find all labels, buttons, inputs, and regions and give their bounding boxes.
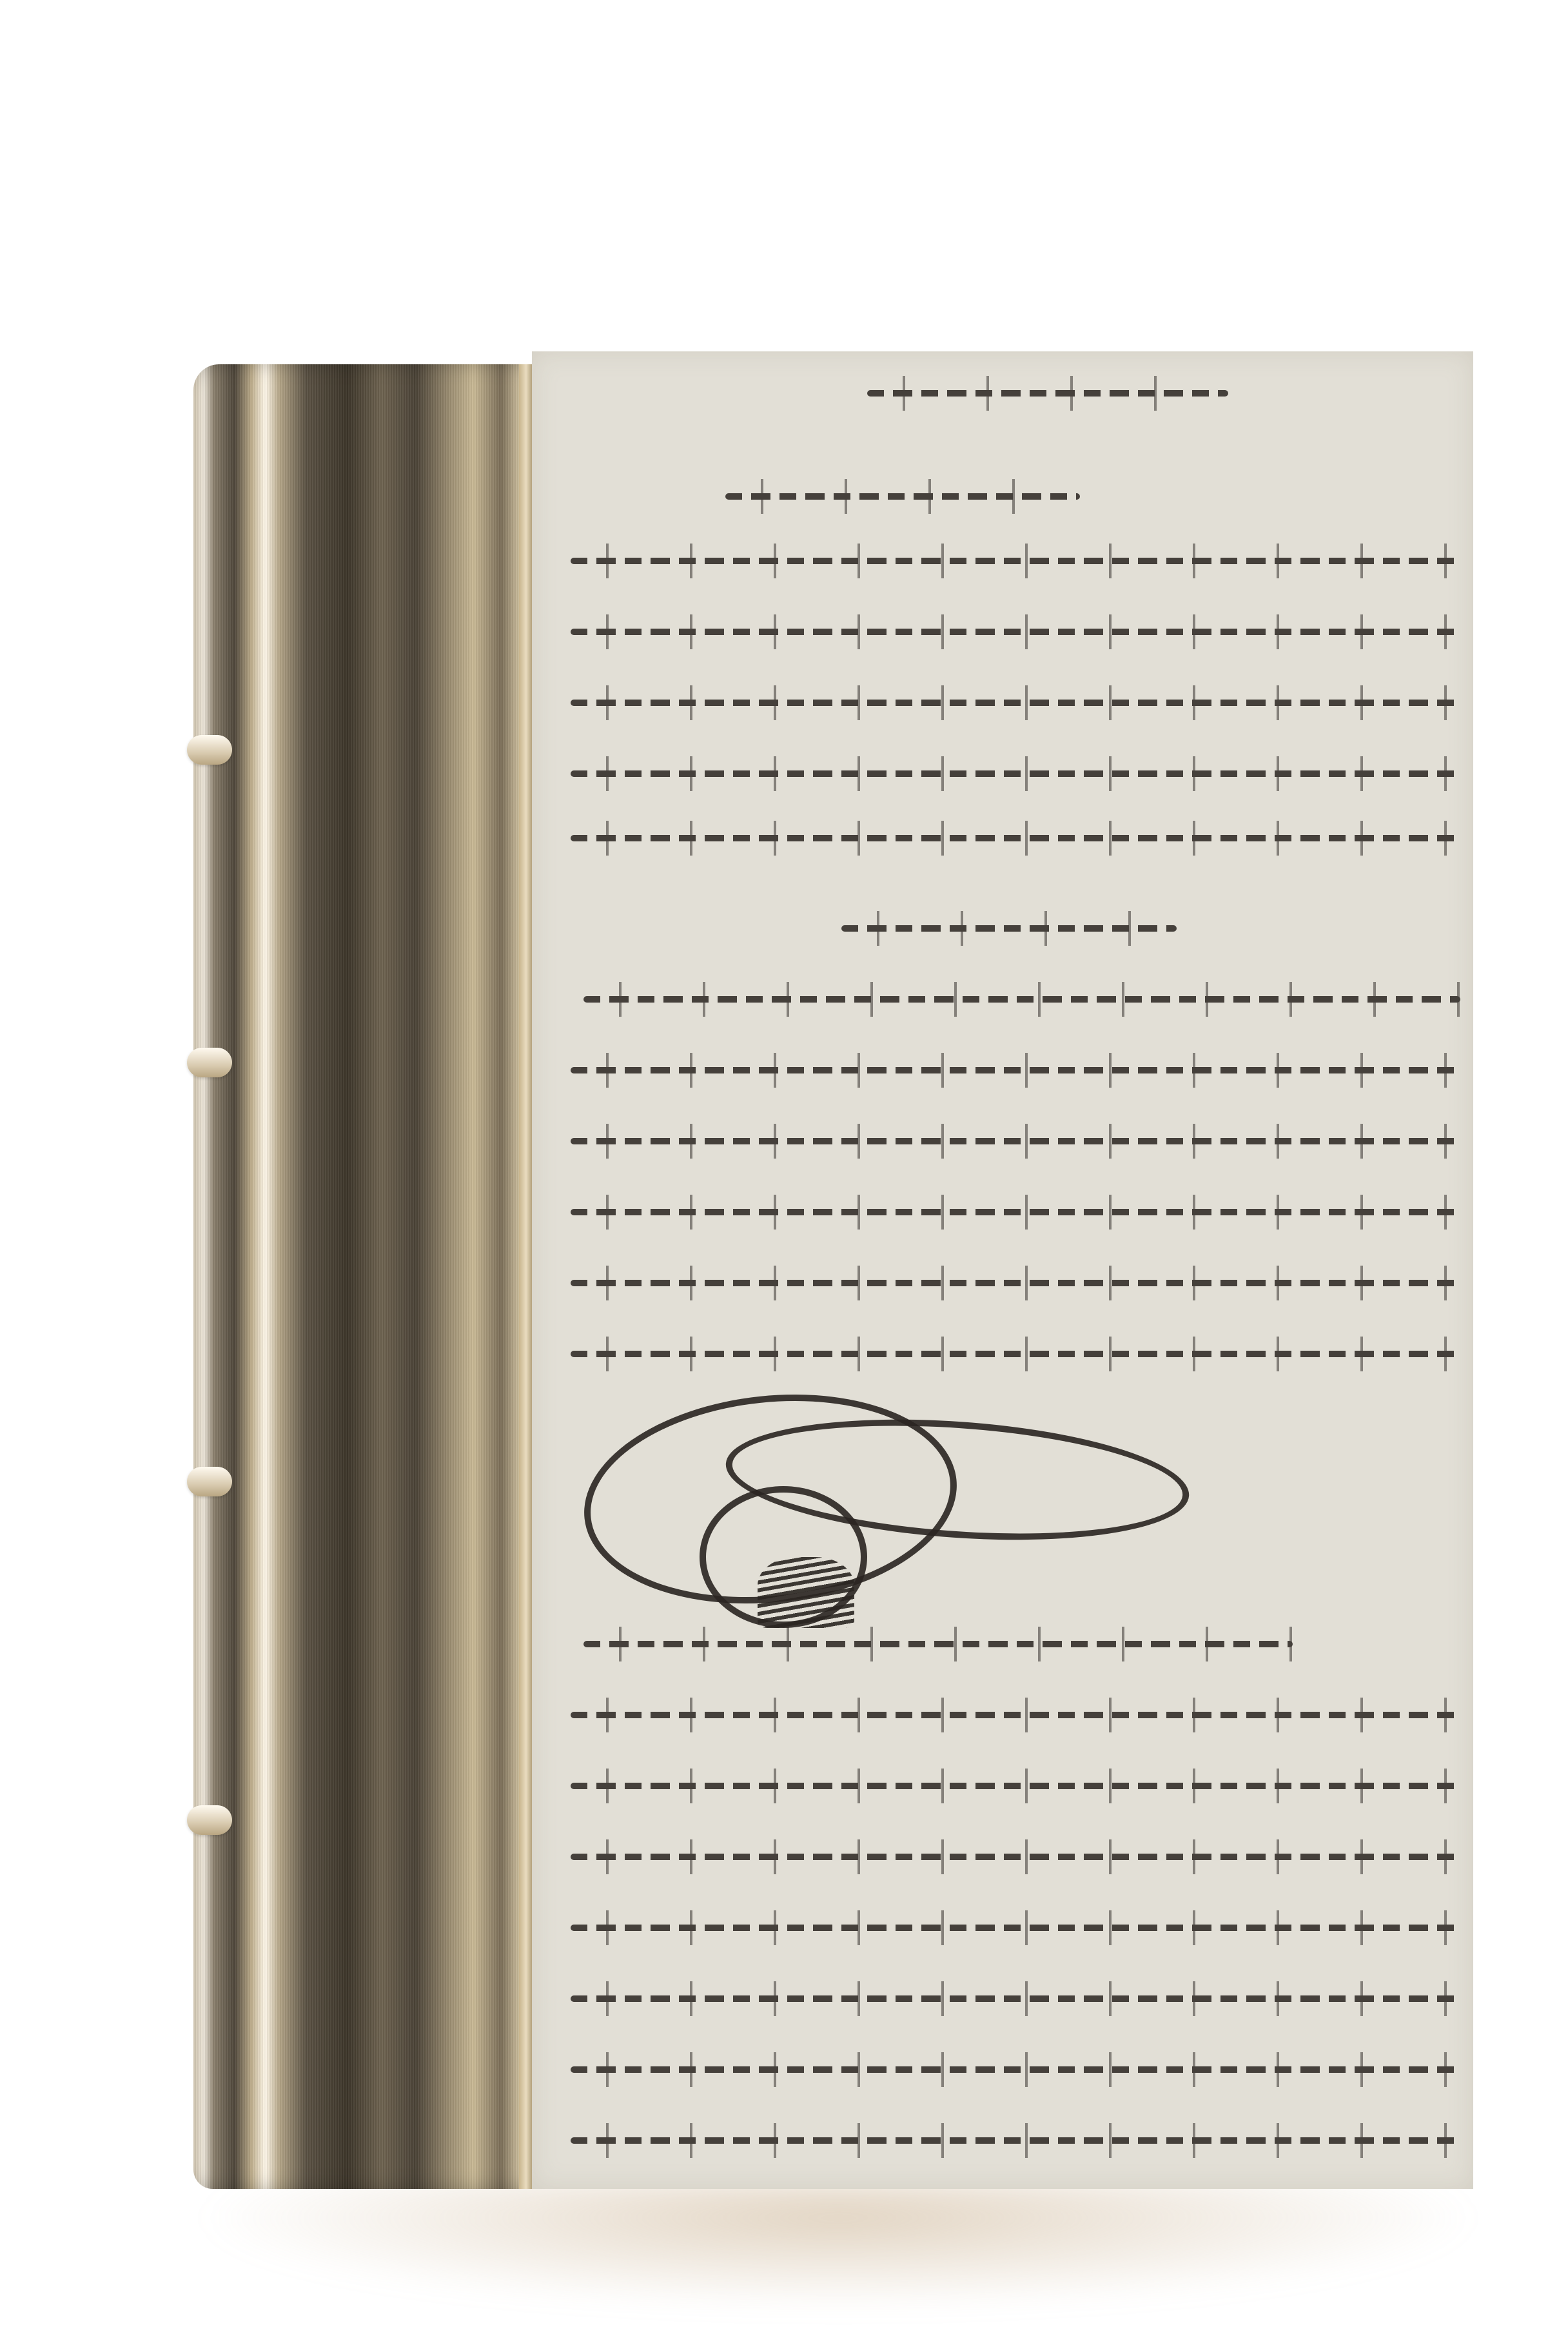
script-line — [571, 2066, 1460, 2073]
book-box — [193, 351, 1473, 2189]
spine-band — [187, 1048, 232, 1077]
script-line — [571, 770, 1460, 777]
script-cover — [532, 351, 1473, 2189]
script-line — [571, 558, 1460, 564]
signature-scribble — [758, 1557, 854, 1628]
script-line — [583, 996, 1460, 1003]
script-line — [583, 1641, 1293, 1647]
script-line — [571, 700, 1460, 706]
script-line — [571, 1854, 1460, 1860]
script-line — [571, 1351, 1460, 1357]
script-line — [571, 1995, 1460, 2002]
script-line — [571, 629, 1460, 635]
script-line — [867, 390, 1228, 397]
script-line — [841, 925, 1177, 932]
spine-band — [187, 1467, 232, 1496]
script-line — [725, 493, 1080, 500]
script-line — [571, 2137, 1460, 2144]
book-shadow — [193, 2179, 1483, 2308]
script-line — [571, 1209, 1460, 1215]
script-line — [571, 1280, 1460, 1286]
script-line — [571, 1783, 1460, 1789]
script-line — [571, 1067, 1460, 1073]
script-line — [571, 1712, 1460, 1718]
script-line — [571, 1925, 1460, 1931]
photo-scene: Photograph of a decorative book-shaped b… — [0, 0, 1568, 2352]
script-line — [571, 1138, 1460, 1144]
spine-hinge — [519, 364, 533, 2189]
spine-band — [187, 1805, 232, 1835]
script-line — [571, 835, 1460, 841]
image-description: Photograph of a decorative book-shaped b… — [0, 0, 1, 1]
spine-band — [187, 735, 232, 765]
gold-spine — [193, 364, 535, 2189]
